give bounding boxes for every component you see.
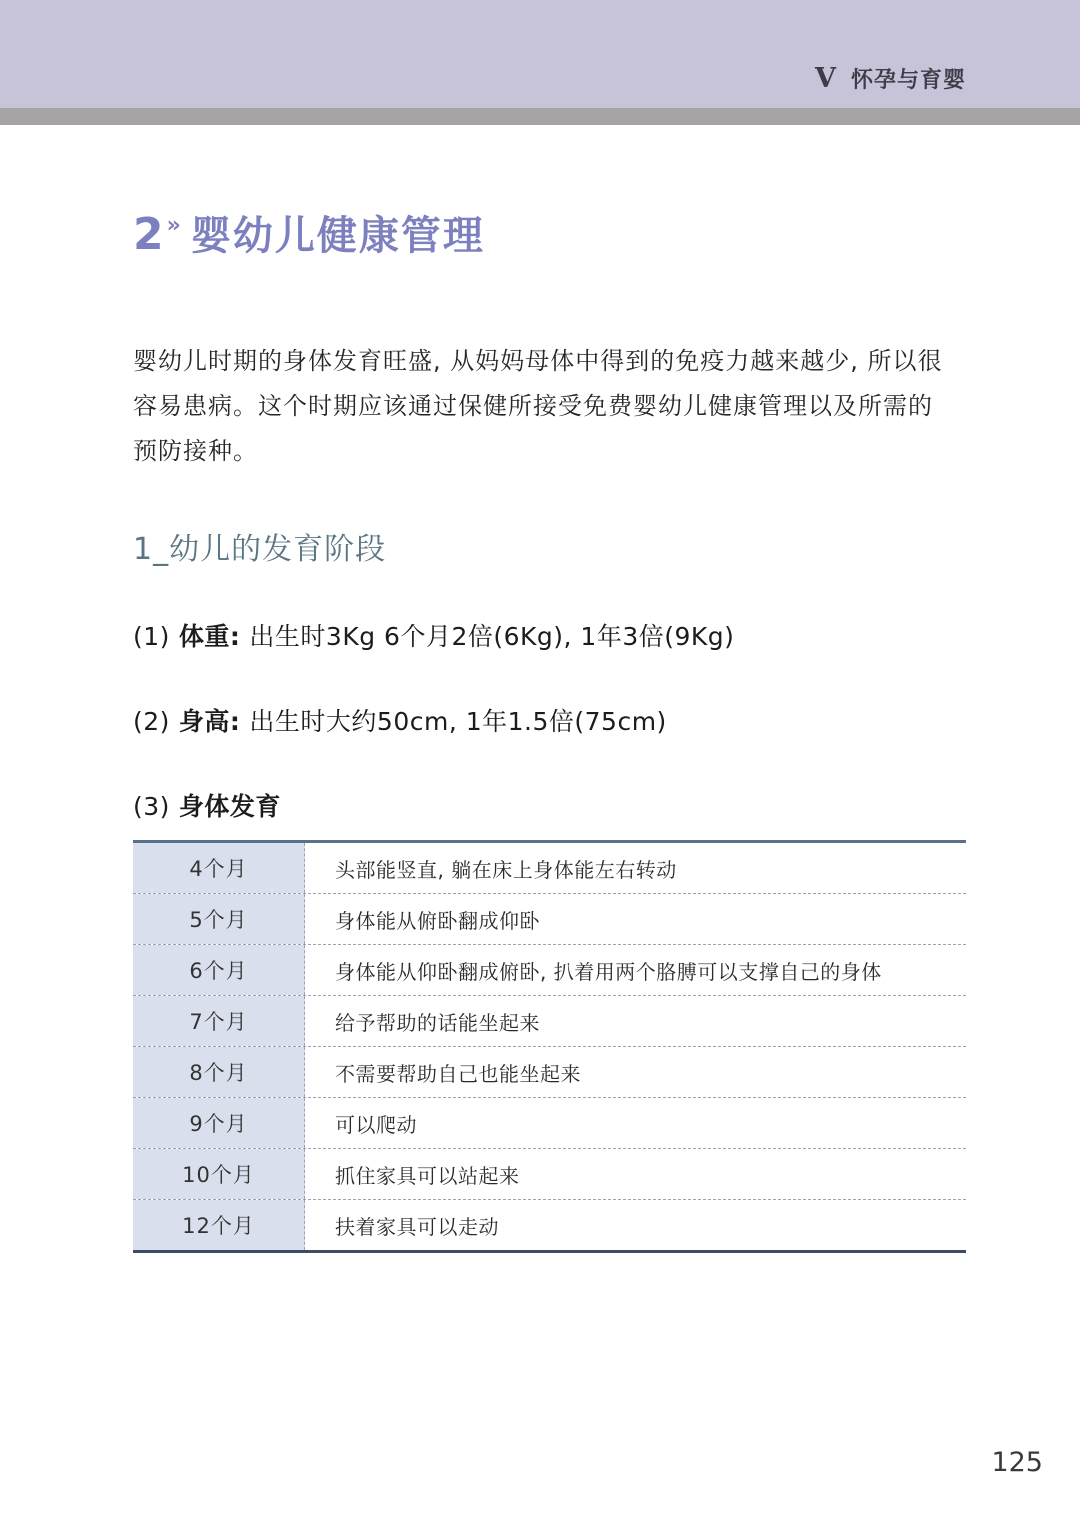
table-row: 6个月 身体能从仰卧翻成俯卧, 扒着用两个胳膊可以支撑自己的身体	[133, 945, 966, 996]
section-number: 1_	[133, 532, 169, 567]
list-item-weight: (1)体重:出生时3Kg 6个月2倍(6Kg), 1年3倍(9Kg)	[133, 617, 966, 653]
intro-line: 预防接种。	[133, 429, 966, 474]
intro-paragraph: 婴幼儿时期的身体发育旺盛, 从妈妈母体中得到的免疫力越来越少, 所以很 容易患病…	[133, 339, 966, 474]
table-row: 5个月 身体能从俯卧翻成仰卧	[133, 894, 966, 945]
month-cell: 8个月	[133, 1047, 305, 1097]
table-row: 9个月 可以爬动	[133, 1098, 966, 1149]
description-cell: 抓住家具可以站起来	[305, 1149, 966, 1199]
item-text: 出生时大约50cm, 1年1.5倍(75cm)	[249, 707, 666, 736]
page-title: 2»婴幼儿健康管理	[133, 211, 966, 259]
page-content: 2»婴幼儿健康管理 婴幼儿时期的身体发育旺盛, 从妈妈母体中得到的免疫力越来越少…	[0, 211, 1080, 1253]
item-number: (2)	[133, 707, 170, 736]
book-page: V 怀孕与育婴 2»婴幼儿健康管理 婴幼儿时期的身体发育旺盛, 从妈妈母体中得到…	[0, 0, 1080, 1533]
description-cell: 扶着家具可以走动	[305, 1200, 966, 1250]
description-cell: 给予帮助的话能坐起来	[305, 996, 966, 1046]
month-cell: 9个月	[133, 1098, 305, 1148]
chapter-label: V 怀孕与育婴	[815, 63, 966, 94]
item-text: 出生时3Kg 6个月2倍(6Kg), 1年3倍(9Kg)	[249, 622, 734, 651]
list-item-height: (2)身高:出生时大约50cm, 1年1.5倍(75cm)	[133, 702, 966, 738]
table-row: 10个月 抓住家具可以站起来	[133, 1149, 966, 1200]
section-title: 幼儿的发育阶段	[169, 532, 386, 567]
month-cell: 4个月	[133, 843, 305, 893]
page-title-number: 2	[133, 209, 164, 260]
title-marker-icon: »	[167, 213, 181, 238]
description-cell: 头部能竖直, 躺在床上身体能左右转动	[305, 843, 966, 893]
table-row: 7个月 给予帮助的话能坐起来	[133, 996, 966, 1047]
chapter-title: 怀孕与育婴	[851, 63, 966, 94]
page-number: 125	[991, 1447, 1043, 1478]
description-cell: 身体能从俯卧翻成仰卧	[305, 894, 966, 944]
list-item-physical-development: (3)身体发育	[133, 787, 966, 823]
description-cell: 身体能从仰卧翻成俯卧, 扒着用两个胳膊可以支撑自己的身体	[305, 945, 966, 995]
table-row: 8个月 不需要帮助自己也能坐起来	[133, 1047, 966, 1098]
month-cell: 12个月	[133, 1200, 305, 1250]
item-number: (1)	[133, 622, 170, 651]
intro-line: 容易患病。这个时期应该通过保健所接受免费婴幼儿健康管理以及所需的	[133, 384, 966, 429]
item-label: 体重:	[179, 622, 241, 651]
divider-band	[0, 108, 1080, 125]
development-table: 4个月 头部能竖直, 躺在床上身体能左右转动 5个月 身体能从俯卧翻成仰卧 6个…	[133, 840, 966, 1253]
section-heading: 1_幼儿的发育阶段	[133, 524, 966, 568]
table-row: 12个月 扶着家具可以走动	[133, 1200, 966, 1250]
month-cell: 5个月	[133, 894, 305, 944]
header-band: V 怀孕与育婴	[0, 0, 1080, 108]
description-cell: 不需要帮助自己也能坐起来	[305, 1047, 966, 1097]
item-number: (3)	[133, 792, 170, 821]
page-title-text: 婴幼儿健康管理	[191, 213, 485, 259]
month-cell: 7个月	[133, 996, 305, 1046]
item-label: 身高:	[179, 707, 241, 736]
chapter-numeral: V	[815, 63, 836, 94]
table-row: 4个月 头部能竖直, 躺在床上身体能左右转动	[133, 843, 966, 894]
description-cell: 可以爬动	[305, 1098, 966, 1148]
month-cell: 10个月	[133, 1149, 305, 1199]
item-label: 身体发育	[179, 792, 281, 821]
month-cell: 6个月	[133, 945, 305, 995]
intro-line: 婴幼儿时期的身体发育旺盛, 从妈妈母体中得到的免疫力越来越少, 所以很	[133, 339, 966, 384]
